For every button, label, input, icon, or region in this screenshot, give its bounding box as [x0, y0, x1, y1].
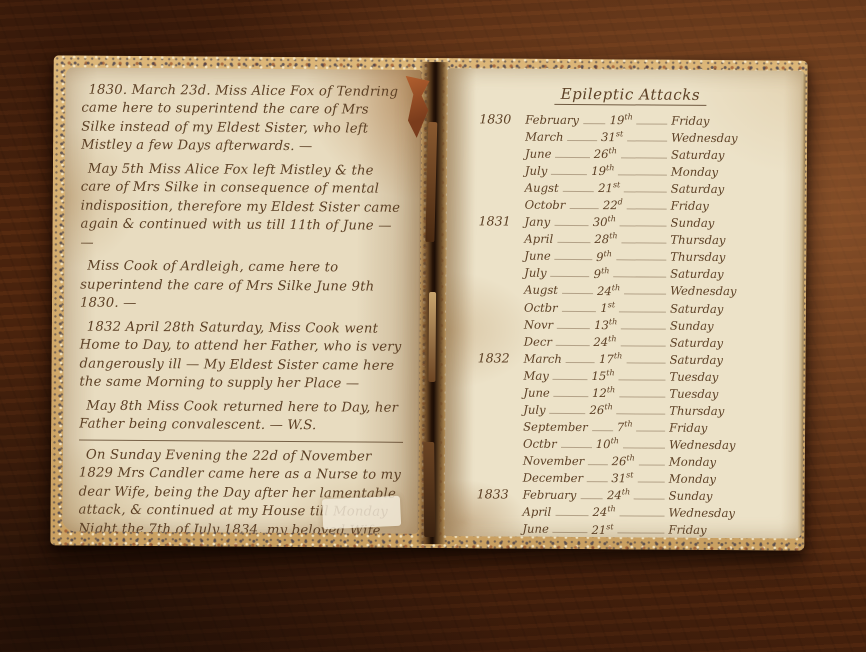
attack-day-number: 9 — [594, 267, 601, 281]
attack-day: 22d — [603, 196, 623, 213]
attack-weekday: Wednesday — [669, 439, 779, 453]
attack-row: July 9th Saturday — [478, 263, 780, 282]
attack-day-ordinal: th — [622, 488, 630, 497]
attack-year: 1832 — [478, 351, 524, 365]
attack-month: Octbr — [523, 438, 557, 451]
diary-paragraph: May 5th Miss Alice Fox left Mistley & th… — [80, 161, 405, 256]
diary-left-page: 1830. March 23d. Miss Alice Fox of Tendr… — [62, 67, 421, 533]
repair-patch — [322, 496, 401, 530]
attack-row: March 31st Wednesday — [479, 126, 781, 145]
attack-day: 31st — [611, 469, 633, 486]
attack-day: 31st — [601, 127, 623, 144]
leader-dash — [624, 294, 666, 295]
attack-weekday: Thursday — [669, 405, 779, 419]
leader-dash — [555, 259, 592, 260]
leader-dash — [555, 157, 589, 158]
attack-rows: 1830 February 19th Friday March 3 — [476, 109, 782, 538]
attack-row: 1833 February 24th Sunday — [477, 485, 779, 504]
attack-month: March — [525, 131, 563, 144]
attack-day-ordinal: th — [604, 402, 612, 411]
attack-month: July — [523, 404, 545, 417]
attack-month: June — [525, 148, 552, 161]
attack-weekday: Thursday — [670, 234, 780, 248]
diary-paragraph: May 8th Miss Cook returned here to Day, … — [79, 397, 403, 436]
attack-day-ordinal: th — [626, 454, 634, 463]
attack-day-ordinal: d — [618, 198, 623, 207]
diary-entries: 1830. March 23d. Miss Alice Fox of Tendr… — [78, 82, 405, 524]
leader-dash — [620, 516, 665, 517]
attack-day-number: 30 — [593, 215, 608, 229]
attack-day: 26th — [612, 452, 635, 469]
leader-dash — [619, 379, 666, 380]
attack-day: 1st — [600, 298, 615, 315]
attack-day-ordinal: th — [611, 436, 619, 445]
attack-month: February — [525, 114, 579, 128]
attack-month: November — [523, 455, 584, 469]
leader-dash — [554, 225, 589, 226]
attack-row: Novr 13th Sunday — [478, 314, 780, 333]
attack-weekday: Wednesday — [668, 507, 778, 521]
attack-day-number: 22 — [603, 198, 618, 212]
leader-dash — [551, 276, 590, 277]
photograph-of-diary-on-table: 1830. March 23d. Miss Alice Fox of Tendr… — [0, 0, 866, 652]
attack-year: 1831 — [479, 215, 525, 229]
attack-row: July 19th Monday — [479, 161, 781, 180]
attack-day-ordinal: st — [608, 300, 615, 309]
attack-row: June 9th Thursday — [478, 246, 780, 265]
attacks-list-page: Epileptic Attacks 1830 February 19th Fri… — [444, 68, 805, 538]
attack-day-number: 13 — [594, 318, 609, 332]
attack-day: 15th — [591, 366, 614, 383]
leader-dash — [613, 277, 666, 278]
attack-day-ordinal: th — [609, 317, 617, 326]
attack-row: Octbr 1st Saturday — [478, 297, 780, 316]
leader-dash — [626, 362, 665, 363]
attack-day-ordinal: th — [607, 215, 615, 224]
divider-rule — [79, 439, 403, 442]
attack-day: 13th — [594, 315, 617, 332]
attack-weekday: Friday — [669, 422, 779, 436]
leader-dash — [562, 310, 597, 311]
torn-page-stub — [423, 442, 435, 537]
attack-day-ordinal: th — [607, 505, 615, 514]
leader-dash — [556, 345, 589, 346]
attack-day: 26th — [594, 144, 617, 161]
attack-row: Augst 21st Saturday — [479, 178, 781, 197]
attack-month: May — [523, 369, 548, 382]
attack-row: Octbr 10th Wednesday — [477, 434, 779, 453]
leader-dash — [567, 140, 597, 141]
attack-day: 17th — [599, 349, 622, 366]
attack-row: May 15th Tuesday — [477, 365, 779, 384]
attack-day-ordinal: th — [607, 385, 615, 394]
attack-day-ordinal: th — [624, 112, 632, 121]
attack-month: Octbr — [524, 301, 558, 314]
attack-day-number: 21 — [591, 522, 606, 536]
attack-weekday: Tuesday — [669, 388, 779, 402]
attack-row: 1831 Jany 30th Sunday — [479, 212, 781, 231]
attack-weekday: Monday — [669, 473, 779, 487]
attack-day-ordinal: th — [608, 146, 616, 155]
attack-day-number: 15 — [591, 369, 606, 383]
torn-page-stub — [425, 122, 437, 242]
attack-day-ordinal: th — [606, 368, 614, 377]
attack-day-number: 26 — [612, 454, 627, 468]
attack-row: November 26th Monday — [477, 451, 779, 470]
attack-day: 30th — [593, 213, 616, 230]
attack-row: April 28th Thursday — [478, 229, 780, 248]
torn-page-stub — [428, 292, 436, 382]
attack-month: June — [522, 523, 549, 536]
attack-day-number: 24 — [592, 505, 607, 519]
attack-day: 19th — [610, 110, 633, 127]
attack-weekday: Monday — [671, 166, 781, 180]
leader-dash — [561, 447, 592, 448]
leader-dash — [580, 498, 603, 499]
open-notebook: 1830. March 23d. Miss Alice Fox of Tendr… — [50, 55, 807, 550]
leader-dash — [619, 396, 665, 397]
attack-row: April 24th Wednesday — [476, 502, 778, 521]
leader-dash — [622, 243, 667, 244]
attack-weekday: Wednesday — [670, 285, 780, 299]
attack-year: 1830 — [479, 112, 525, 126]
attack-day-number: 31 — [601, 130, 616, 144]
attack-day: 28th — [594, 230, 617, 247]
attack-weekday: Friday — [668, 524, 778, 538]
attack-weekday: Friday — [671, 115, 781, 129]
attack-month: April — [524, 233, 553, 246]
attack-row: July 26th Thursday — [477, 399, 779, 418]
attacks-list: Epileptic Attacks 1830 February 19th Fri… — [476, 84, 781, 530]
attack-day-number: 26 — [594, 147, 609, 161]
attack-month: Decr — [524, 335, 552, 348]
attack-month: Octobr — [525, 199, 566, 212]
attack-day-ordinal: st — [613, 181, 620, 190]
attack-month: July — [524, 267, 546, 280]
attack-day: 9th — [596, 247, 612, 264]
attack-month: April — [522, 506, 551, 519]
diary-paragraph: Miss Cook of Ardleigh, came here to supe… — [80, 258, 404, 316]
attack-year: 1833 — [477, 488, 523, 502]
leader-dash — [637, 430, 666, 431]
attack-weekday: Friday — [671, 200, 781, 214]
attack-row: June 12th Tuesday — [477, 382, 779, 401]
attack-month: Augst — [525, 182, 559, 195]
attack-month: Jany — [525, 216, 551, 229]
attack-day-ordinal: st — [616, 129, 623, 138]
attack-day-number: 24 — [593, 335, 608, 349]
leader-dash — [637, 123, 668, 124]
attack-day: 12th — [592, 383, 615, 400]
attack-weekday: Saturday — [670, 353, 780, 367]
leader-dash — [566, 362, 595, 363]
leader-dash — [553, 532, 588, 533]
attack-row: Octobr 22d Friday — [479, 195, 781, 214]
attack-month: March — [524, 352, 562, 365]
leader-dash — [588, 464, 607, 465]
attack-day-number: 1 — [600, 301, 607, 315]
attack-day-number: 21 — [598, 181, 613, 195]
diary-paragraph: 1832 April 28th Saturday, Miss Cook went… — [79, 318, 404, 394]
leader-dash — [550, 413, 586, 414]
attack-day-ordinal: st — [606, 522, 613, 531]
leader-dash — [562, 293, 593, 294]
leader-dash — [639, 465, 665, 466]
attack-day-ordinal: st — [626, 471, 633, 480]
leader-dash — [557, 328, 590, 329]
attack-month: February — [523, 489, 577, 503]
attack-day-number: 10 — [596, 437, 611, 451]
leader-dash — [617, 413, 666, 414]
attack-day-number: 19 — [591, 164, 606, 178]
attack-row: Decr 24th Saturday — [478, 331, 780, 350]
attack-row: December 31st Monday — [477, 468, 779, 487]
attack-weekday: Saturday — [670, 302, 780, 316]
attack-day-ordinal: th — [624, 419, 632, 428]
attack-weekday: Saturday — [670, 268, 780, 282]
attack-month: June — [524, 250, 551, 263]
attack-day-number: 12 — [592, 386, 607, 400]
leader-dash — [587, 481, 607, 482]
attack-month: Augst — [524, 284, 558, 297]
attack-weekday: Monday — [669, 456, 779, 470]
attack-weekday: Wednesday — [671, 132, 781, 146]
page-title-text: Epileptic Attacks — [555, 85, 707, 106]
leader-dash — [583, 123, 606, 124]
leader-dash — [621, 157, 667, 158]
attack-day: 24th — [592, 503, 615, 520]
leader-dash — [634, 499, 665, 500]
leader-dash — [627, 140, 667, 141]
attack-day-number: 19 — [610, 113, 625, 127]
attack-day-number: 26 — [590, 403, 605, 417]
attack-month: Novr — [524, 318, 553, 331]
attack-day: 24th — [593, 332, 616, 349]
leader-dash — [555, 515, 588, 516]
attack-month: June — [523, 387, 550, 400]
attack-day: 24th — [607, 486, 630, 503]
attack-day-ordinal: th — [608, 334, 616, 343]
attack-weekday: Sunday — [670, 319, 780, 333]
attack-month: July — [525, 165, 547, 178]
attack-weekday: Thursday — [670, 251, 780, 265]
attack-month: September — [523, 421, 588, 435]
leader-dash — [623, 447, 665, 448]
attack-day: 21st — [591, 520, 613, 537]
attack-day: 24th — [597, 281, 620, 298]
leader-dash — [627, 209, 667, 210]
leader-dash — [621, 345, 666, 346]
attack-day-number: 17 — [599, 352, 614, 366]
attack-day-ordinal: th — [606, 163, 614, 172]
page-title: Epileptic Attacks — [479, 84, 781, 104]
attack-row: Augst 24th Wednesday — [478, 280, 780, 299]
attack-day: 21st — [598, 178, 620, 195]
attack-weekday: Saturday — [671, 183, 781, 197]
attack-weekday: Saturday — [671, 149, 781, 163]
leader-dash — [553, 379, 588, 380]
attack-day: 9th — [594, 264, 610, 281]
leader-dash — [569, 208, 599, 209]
attack-month: December — [523, 472, 583, 486]
attack-row: 1832 March 17th Saturday — [478, 348, 780, 367]
leader-dash — [624, 191, 667, 192]
leader-dash — [554, 396, 588, 397]
attack-day: 19th — [591, 161, 614, 178]
attack-weekday: Saturday — [670, 336, 780, 350]
leader-dash — [551, 174, 587, 175]
attack-day-ordinal: th — [614, 351, 622, 360]
attack-day-number: 24 — [597, 284, 612, 298]
leader-dash — [618, 533, 665, 534]
attack-row: 1830 February 19th Friday — [479, 109, 781, 128]
leader-dash — [637, 482, 664, 483]
attack-day: 7th — [617, 417, 633, 434]
leader-dash — [621, 328, 666, 329]
attack-day-ordinal: th — [604, 249, 612, 258]
attack-day-number: 28 — [594, 232, 609, 246]
attack-row: June 26th Saturday — [479, 143, 781, 162]
attack-weekday: Sunday — [671, 217, 781, 231]
attack-weekday: Tuesday — [669, 370, 779, 384]
diary-paragraph: 1830. March 23d. Miss Alice Fox of Tendr… — [81, 82, 406, 158]
leader-dash — [620, 226, 667, 227]
leader-dash — [616, 260, 666, 261]
diary-paragraphs-top: 1830. March 23d. Miss Alice Fox of Tendr… — [79, 82, 405, 437]
attack-day-ordinal: th — [609, 232, 617, 241]
leader-dash — [618, 174, 667, 175]
attack-day: 10th — [596, 434, 619, 451]
leader-dash — [563, 191, 595, 192]
leader-dash — [557, 242, 590, 243]
attack-day-ordinal: th — [612, 283, 620, 292]
leader-dash — [592, 430, 613, 431]
attack-row: June 21st Friday — [476, 519, 778, 538]
attack-day-number: 24 — [607, 488, 622, 502]
attack-row: September 7th Friday — [477, 416, 779, 435]
attack-weekday: Sunday — [669, 490, 779, 504]
attack-day: 26th — [590, 400, 613, 417]
attack-day-ordinal: th — [601, 266, 609, 275]
leader-dash — [619, 311, 666, 312]
attack-day-number: 31 — [611, 471, 626, 485]
